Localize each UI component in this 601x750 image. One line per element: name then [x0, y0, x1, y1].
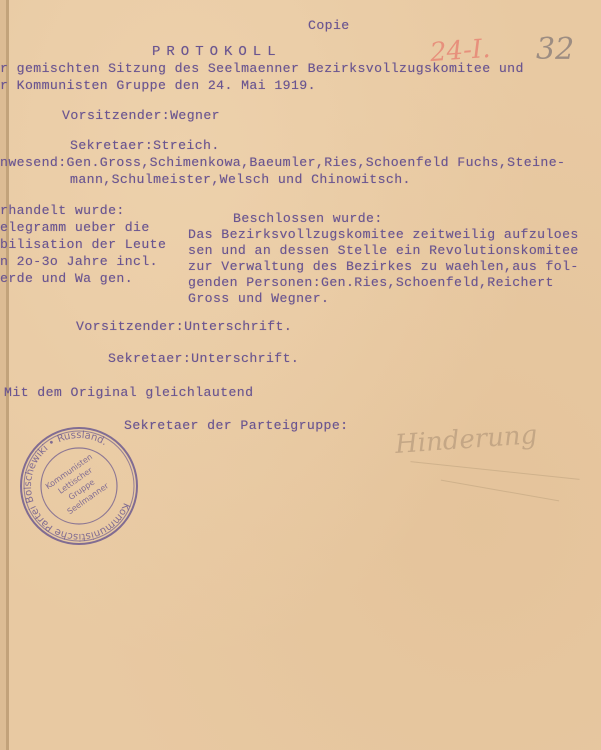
- attendees-line-1: nwesend:Gen.Gross,Schimenkowa,Baeumler,R…: [0, 155, 565, 170]
- chair-signature-line: Vorsitzender:Unterschrift.: [76, 319, 292, 334]
- resolved-line: sen und an dessen Stelle ein Revolutions…: [188, 243, 579, 258]
- discussed-line: elegramm ueber die: [0, 220, 150, 235]
- document-title: PROTOKOLL: [152, 44, 282, 60]
- secretary-signature-line: Sekretaer:Unterschrift.: [108, 351, 299, 366]
- binding-line: [6, 0, 9, 750]
- resolved-line: Gross und Wegner.: [188, 291, 329, 306]
- discussed-line: erde und Wa gen.: [0, 271, 133, 286]
- resolved-line: zur Verwaltung des Bezirkes zu waehlen,a…: [188, 259, 579, 274]
- pencil-page-number: 32: [536, 32, 574, 67]
- party-stamp: Kommunistische Partei Bolschewiki • Russ…: [18, 425, 140, 547]
- party-secretary-line: Sekretaer der Parteigruppe:: [124, 418, 348, 433]
- intro-line-1: r gemischten Sitzung des Seelmaenner Bez…: [0, 61, 524, 76]
- resolved-line: genden Personen:Gen.Ries,Schoenfeld,Reic…: [188, 275, 554, 290]
- resolved-heading: Beschlossen wurde:: [233, 211, 383, 226]
- stamp-seal-icon: Kommunistische Partei Bolschewiki • Russ…: [18, 425, 140, 547]
- attendees-line-2: mann,Schulmeister,Welsch und Chinowitsch…: [70, 172, 411, 187]
- chair-line: Vorsitzender:Wegner: [62, 108, 220, 123]
- header-copie: Copie: [308, 18, 350, 33]
- intro-line-2: r Kommunisten Gruppe den 24. Mai 1919.: [0, 78, 316, 93]
- discussed-line: bilisation der Leute: [0, 237, 166, 252]
- certification-line: Mit dem Original gleichlautend: [4, 385, 253, 400]
- discussed-line: n 2o-3o Jahre incl.: [0, 254, 158, 269]
- secretary-line: Sekretaer:Streich.: [70, 138, 220, 153]
- resolved-line: Das Bezirksvollzugskomitee zeitweilig au…: [188, 227, 579, 242]
- discussed-heading: rhandelt wurde:: [0, 203, 125, 218]
